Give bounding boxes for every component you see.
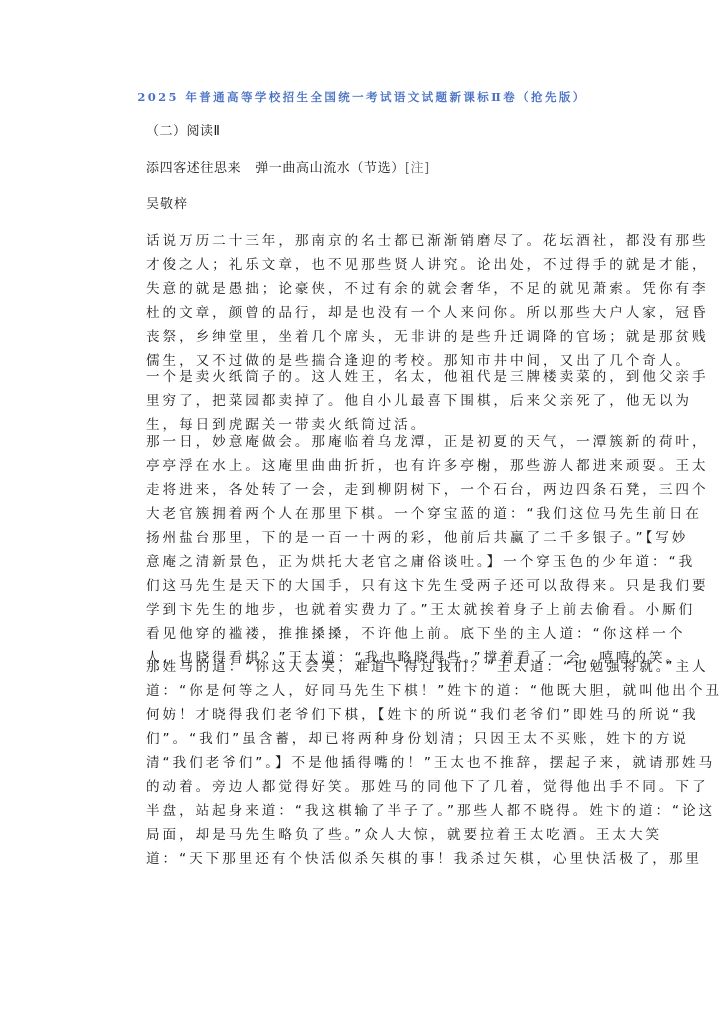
- text-line: 道：“你是何等之人，好同马先生下棋！”姓卞的道：“他既大胆，就叫他出个丑: [146, 679, 586, 703]
- text-line: 的动着。旁边人都觉得好笑。那姓马的同他下了几着，觉得他出手不同。下了: [146, 775, 586, 799]
- text-line: 学到卞先生的地步，也就着实费力了。”王太就挨着身子上前去偷看。小厮们: [146, 598, 586, 622]
- text-line: 局面，却是马先生略负了些。”众人大惊，就要拉着王太吃酒。王太大笑: [146, 823, 586, 847]
- section-heading: （二）阅读Ⅱ: [146, 120, 220, 139]
- document-title: 2025 年普通高等学校招生全国统一考试语文试题新课标Ⅱ卷（抢先版）: [0, 89, 724, 105]
- text-line: 杜的文章，颜曾的品行，却是也没有一个人来问你。所以那些大户人家，冠昏: [146, 301, 586, 325]
- text-line: 走将进来，各处转了一会，走到柳阴树下，一个石台，两边四条石凳，三四个: [146, 478, 586, 502]
- text-line: 亭亭浮在水上。这庵里曲曲折折，也有许多亭榭，那些游人都进来顽耍。王太: [146, 454, 586, 478]
- author-name: 吴敬梓: [146, 193, 188, 212]
- paragraph-4: 那姓马的道：“你这人会笑，难道下得过我们？”王太道：“也勉强将就。”主人 道：“…: [146, 655, 586, 871]
- text-line: 丧祭，乡绅堂里，坐着几个席头，无非讲的是些升迁调降的官场；就是那贫贱: [146, 325, 586, 349]
- text-line: 何妨！才晓得我们老爷们下棋，【姓卞的所说“我们老爷们”即姓马的所说“我: [146, 703, 586, 727]
- passage-heading: 添四客述往思来弹一曲高山流水（节选）[注]: [146, 157, 430, 176]
- text-line: 道：“天下那里还有个快活似杀矢棋的事！我杀过矢棋，心里快活极了，那里: [146, 847, 586, 871]
- text-line: 才俊之人；礼乐文章，也不见那些贤人讲究。论出处，不过得手的就是才能，: [146, 253, 586, 277]
- footnote-marker: [注]: [405, 161, 430, 176]
- text-line: 们”。“我们”虽含蓄，却已将两种身份划清；只因王太不买账，姓卞的方说: [146, 727, 586, 751]
- text-line: 那一日，妙意庵做会。那庵临着乌龙潭，正是初夏的天气，一潭簇新的荷叶，: [146, 430, 586, 454]
- text-line: 清“我们老爷们”。】不是他插得嘴的！”王太也不推辞，摆起子来，就请那姓马: [146, 751, 586, 775]
- paragraph-1: 话说万历二十三年，那南京的名士都已渐渐销磨尽了。花坛酒社，都没有那些 才俊之人；…: [146, 229, 586, 373]
- heading-right: 弹一曲高山流水（节选）: [255, 161, 405, 176]
- text-line: 半盘，站起身来道：“我这棋输了半子了。”那些人都不晓得。姓卞的道：“论这: [146, 799, 586, 823]
- text-line: 里穷了，把菜园都卖掉了。他自小儿最喜下围棋，后来父亲死了，他无以为: [146, 389, 586, 413]
- text-line: 那姓马的道：“你这人会笑，难道下得过我们？”王太道：“也勉强将就。”主人: [146, 655, 586, 679]
- text-line: 话说万历二十三年，那南京的名士都已渐渐销磨尽了。花坛酒社，都没有那些: [146, 229, 586, 253]
- text-line: 大老官簇拥着两个人在那里下棋。一个穿宝蓝的道：“我们这位马先生前日在: [146, 502, 586, 526]
- document-page: 2025 年普通高等学校招生全国统一考试语文试题新课标Ⅱ卷（抢先版） （二）阅读…: [0, 0, 724, 1024]
- paragraph-3: 那一日，妙意庵做会。那庵临着乌龙潭，正是初夏的天气，一潭簇新的荷叶， 亭亭浮在水…: [146, 430, 586, 670]
- heading-left: 添四客述往思来: [146, 161, 241, 176]
- text-line: 一个是卖火纸筒子的。这人姓王，名太，他祖代是三牌楼卖菜的，到他父亲手: [146, 365, 586, 389]
- text-line: 们这马先生是天下的大国手，只有这卞先生受两子还可以敌得来。只是我们要: [146, 574, 586, 598]
- text-line: 意庵之清新景色，正为烘托大老官之庸俗谈吐。】一个穿玉色的少年道：“我: [146, 550, 586, 574]
- text-line: 失意的就是愚拙；论豪侠，不过有余的就会奢华，不足的就见萧索。凭你有李: [146, 277, 586, 301]
- text-line: 扬州盐台那里，下的是一百一十两的彩，他前后共赢了二千多银子。”【写妙: [146, 526, 586, 550]
- paragraph-2: 一个是卖火纸筒子的。这人姓王，名太，他祖代是三牌楼卖菜的，到他父亲手 里穷了，把…: [146, 365, 586, 437]
- text-line: 看见他穿的褴褛，推推搡搡，不许他上前。底下坐的主人道：“你这样一个: [146, 622, 586, 646]
